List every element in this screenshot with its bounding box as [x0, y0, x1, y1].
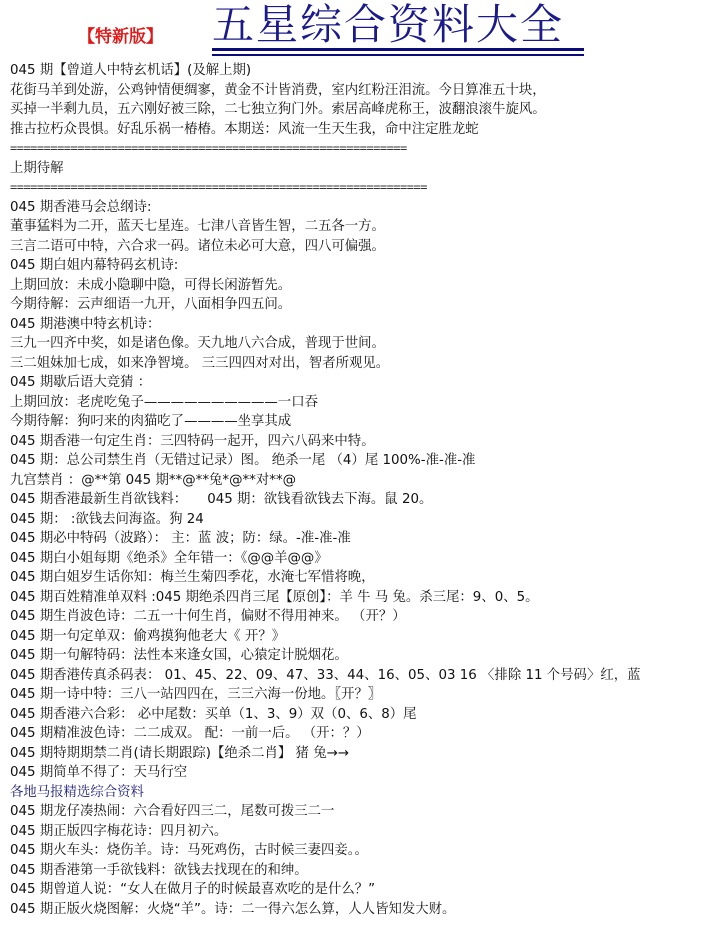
text-line: 买掉一半剩九员，五六刚好被三除，二七独立狗门外。索居高峰虎称王，波翻浪滚牛旋风。: [10, 100, 722, 120]
text-line: 045 期简单不得了：天马行空: [10, 763, 722, 783]
text-line: 045 期生肖波色诗：二五一十何生肖，偏财不得用神来。 （开？）: [10, 607, 722, 627]
text-line: 045 期必中特码（波路）： 主：蓝 波；防：绿。-准-准-准: [10, 529, 722, 549]
text-line: 045 期香港最新生肖欲钱料： 045 期：欲钱看欲钱去下海。鼠 20。: [10, 490, 722, 510]
text-line: 045 期白姐内幕特码玄机诗:: [10, 256, 722, 276]
text-line: 045 期：总公司禁生肖（无错过记录）图。 绝杀一尾 （4）尾 100%-准-准…: [10, 451, 722, 471]
text-line: 045 期港澳中特玄机诗：: [10, 315, 722, 335]
text-line: 推古拉朽众畏惧。好乱乐祸一椿椿。本期送：风流一生天生我，命中注定胜龙蛇: [10, 120, 722, 140]
text-line: 三二姐妹加七成，如来净智境。 三三四四对对出，智者所观见。: [10, 354, 722, 374]
text-line: 上期待解: [10, 159, 722, 179]
text-line: 045 期歇后语大竞猜 ：: [10, 373, 722, 393]
title-underline-secondary: [212, 54, 584, 56]
divider-line: ========================================…: [10, 139, 722, 159]
text-line: 045 期白姐岁生话你知：梅兰生菊四季花，水淹七军惜将晚，: [10, 568, 722, 588]
text-line: 045 期【曾道人中特玄机话】(及解上期): [10, 61, 722, 81]
text-line: 三言二语可中特，六合求一码。诸位未必可大意，四八可偏强。: [10, 237, 722, 257]
title-underline: [212, 48, 584, 51]
text-line: 045 期曾道人说：“女人在做月子的时候最喜欢吃的是什么？”: [10, 880, 722, 900]
text-line: 045 期一句解特码：法性本来逢女国，心猿定计脱烟花。: [10, 646, 722, 666]
text-line: 045 期： :欲钱去问海盗。狗 24: [10, 510, 722, 530]
text-line: 045 期白小姐每期《绝杀》全年错一：《@@羊@@》: [10, 549, 722, 569]
text-line: 董事猛料为二开，蓝天七星连。七津八音皆生智，二五各一方。: [10, 217, 722, 237]
divider-line: ========================================…: [10, 178, 722, 198]
text-line: 上期回放：老虎吃兔子——————————一口吞: [10, 393, 722, 413]
text-line: 今期待解：云声细语一九开，八面相争四五问。: [10, 295, 722, 315]
text-line: 045 期特期期禁二肖(请长期跟踪)【绝杀二肖】 猪 兔→→: [10, 744, 722, 764]
text-line: 045 期香港马会总纲诗:: [10, 198, 722, 218]
text-line: 花街马羊到处游，公鸡钟情便绸寥，黄金不计皆消费，室内红粉汪泪流。今日算准五十块，: [10, 81, 722, 101]
text-line: 045 期香港一句定生肖：三四特码一起开，四六八码来中特。: [10, 432, 722, 452]
page-title: 五星综合资料大全: [212, 2, 564, 48]
text-line: 045 期精准波色诗：二二成双。 配：一前一后。 （开：？）: [10, 724, 722, 744]
text-line: 045 期正版火烧图解：火烧“羊”。诗：二一得六怎么算，人人皆知发大财。: [10, 900, 722, 920]
text-line: 上期回放：未成小隐聊中隐，可得长闲游暂先。: [10, 276, 722, 296]
text-line: 045 期正版四字梅花诗：四月初六。: [10, 822, 722, 842]
text-line: 今期待解：狗叼来的肉猫吃了————坐享其成: [10, 412, 722, 432]
text-line: 045 期龙仔凑热闹：六合看好四三二，尾数可拨三二一: [10, 802, 722, 822]
text-line: 045 期火车头：烧伤羊。诗：马死鸡伤，古时候三妻四妾。。: [10, 841, 722, 861]
text-line: 045 期一诗中特：三八一站四四在，三三六海一份地。〖开？〗: [10, 685, 722, 705]
edition-badge: 【特新版】: [78, 22, 163, 47]
text-line: 045 期一句定单双：偷鸡摸狗他老大《 开？》: [10, 627, 722, 647]
text-line: 045 期香港第一手欲钱料：欲钱去找现在的和绅。: [10, 861, 722, 881]
section-heading: 各地马报精选综合资料: [10, 783, 722, 803]
text-line: 九宫禁肖 ：@**第 045 期**@**兔*@**对**@: [10, 471, 722, 491]
document-body: 045 期【曾道人中特玄机话】(及解上期)花街马羊到处游，公鸡钟情便绸寥，黄金不…: [10, 61, 722, 919]
text-line: 045 期香港六合彩： 必中尾数：买单（1、3、9）双（0、6、8）尾: [10, 705, 722, 725]
text-line: 045 期香港传真杀码表： 01、45、22、09、47、33、44、16、05…: [10, 666, 722, 686]
text-line: 三九一四齐中奖，如是诸色像。天九地八六合成，普现于世间。: [10, 334, 722, 354]
page-header: 【特新版】 五星综合资料大全: [0, 0, 725, 60]
text-line: 045 期百姓精准单双料 :045 期绝杀四肖三尾【原创】：羊 牛 马 兔。杀三…: [10, 588, 722, 608]
